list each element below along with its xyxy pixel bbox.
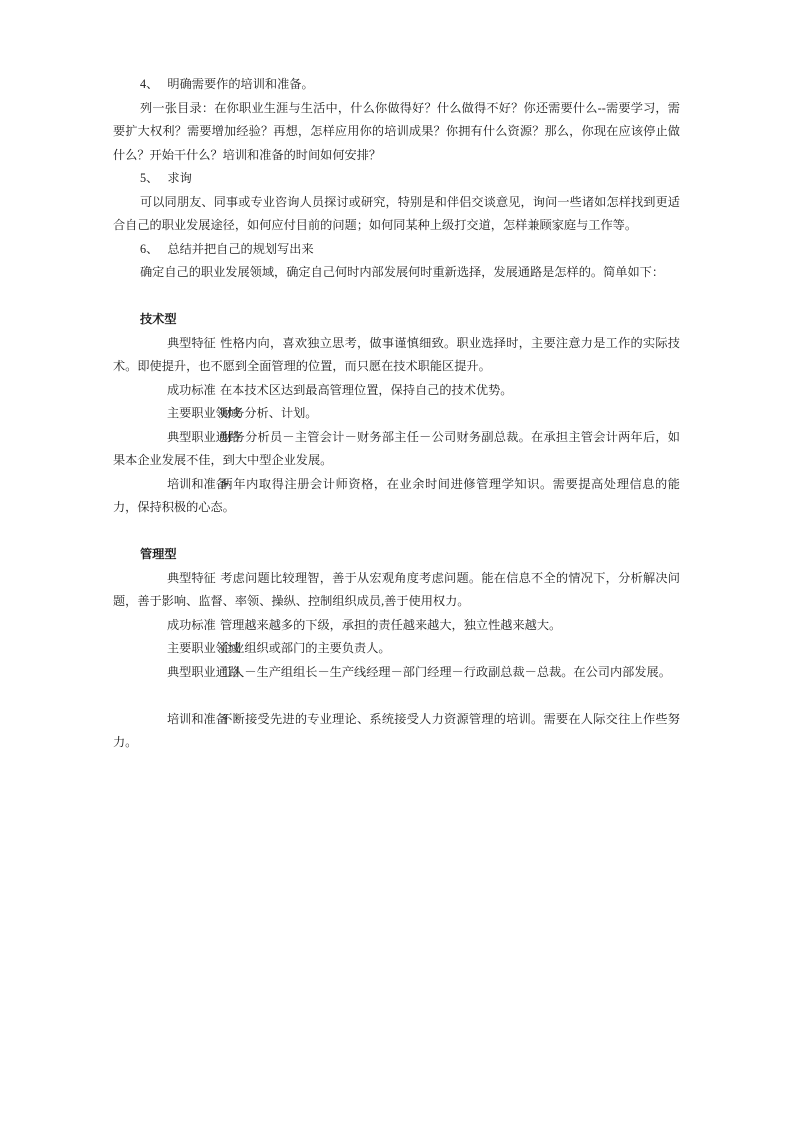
section-title-technical-type: 技术型 [113, 308, 680, 332]
list-item-4: 4、 明确需要作的培训和准备。 [113, 73, 680, 97]
attribute-row-main-career-fields: 主要职业领域企业组织或部门的主要负责人。 [113, 637, 680, 661]
body-paragraph-list-directory: 列一张目录：在你职业生涯与生活中，什么你做得好？什么做得不好？你还需要什么--需… [113, 97, 680, 168]
document-content: 4、 明确需要作的培训和准备。 列一张目录：在你职业生涯与生活中，什么你做得好？… [113, 73, 680, 755]
blank-line [113, 285, 680, 309]
attribute-row-typical-traits: 典型特征性格内向，喜欢独立思考，做事谨慎细致。职业选择时，主要注意力是工作的实际… [113, 332, 680, 379]
attribute-text: 财务分析、计划。 [220, 406, 318, 420]
attribute-row-typical-career-path: 典型职业通路财务分析员－主管会计－财务部主任－公司财务副总裁。在承担主管会计两年… [113, 426, 680, 473]
attribute-label: 典型职业通路 [140, 426, 220, 450]
attribute-label: 典型特征 [140, 567, 220, 591]
list-item-6: 6、 总结并把自己的规划写出来 [113, 238, 680, 262]
section-title-management-type: 管理型 [113, 543, 680, 567]
attribute-text: 工人－生产组组长－生产线经理－部门经理－行政副总裁－总裁。在公司内部发展。 [220, 665, 671, 679]
attribute-row-training-preparation: 培训和准备不断接受先进的专业理论、系统接受人力资源管理的培训。需要在人际交往上作… [113, 708, 680, 755]
attribute-label: 主要职业领域 [140, 637, 220, 661]
attribute-label: 主要职业领域 [140, 402, 220, 426]
body-paragraph-consulting: 可以同朋友、同事或专业咨询人员探讨或研究，特别是和伴侣交谈意见，询问一些诸如怎样… [113, 191, 680, 238]
attribute-label: 成功标准 [140, 379, 220, 403]
attribute-text: 管理越来越多的下级，承担的责任越来越大，独立性越来越大。 [220, 618, 561, 632]
blank-line [113, 684, 680, 708]
attribute-label: 培训和准备 [140, 473, 220, 497]
attribute-label: 典型特征 [140, 332, 220, 356]
attribute-row-training-preparation: 培训和准备两年内取得注册会计师资格，在业余时间进修管理学知识。需要提高处理信息的… [113, 473, 680, 520]
blank-line [113, 520, 680, 544]
document-page: 4、 明确需要作的培训和准备。 列一张目录：在你职业生涯与生活中，什么你做得好？… [0, 0, 793, 1122]
attribute-row-success-criteria: 成功标准管理越来越多的下级，承担的责任越来越大，独立性越来越大。 [113, 614, 680, 638]
list-item-5: 5、 求询 [113, 167, 680, 191]
body-paragraph-summary: 确定自己的职业发展领域，确定自己何时内部发展何时重新选择，发展通路是怎样的。简单… [113, 261, 680, 285]
attribute-row-typical-traits: 典型特征考虑问题比较理智，善于从宏观角度考虑问题。能在信息不全的情况下，分析解决… [113, 567, 680, 614]
attribute-row-main-career-fields: 主要职业领域财务分析、计划。 [113, 402, 680, 426]
attribute-label: 成功标准 [140, 614, 220, 638]
attribute-label: 典型职业通路 [140, 661, 220, 685]
attribute-text: 在本技术区达到最高管理位置，保持自己的技术优势。 [220, 383, 513, 397]
attribute-row-success-criteria: 成功标准在本技术区达到最高管理位置，保持自己的技术优势。 [113, 379, 680, 403]
attribute-text: 企业组织或部门的主要负责人。 [220, 641, 391, 655]
attribute-row-typical-career-path: 典型职业通路工人－生产组组长－生产线经理－部门经理－行政副总裁－总裁。在公司内部… [113, 661, 680, 685]
attribute-label: 培训和准备 [140, 708, 220, 732]
